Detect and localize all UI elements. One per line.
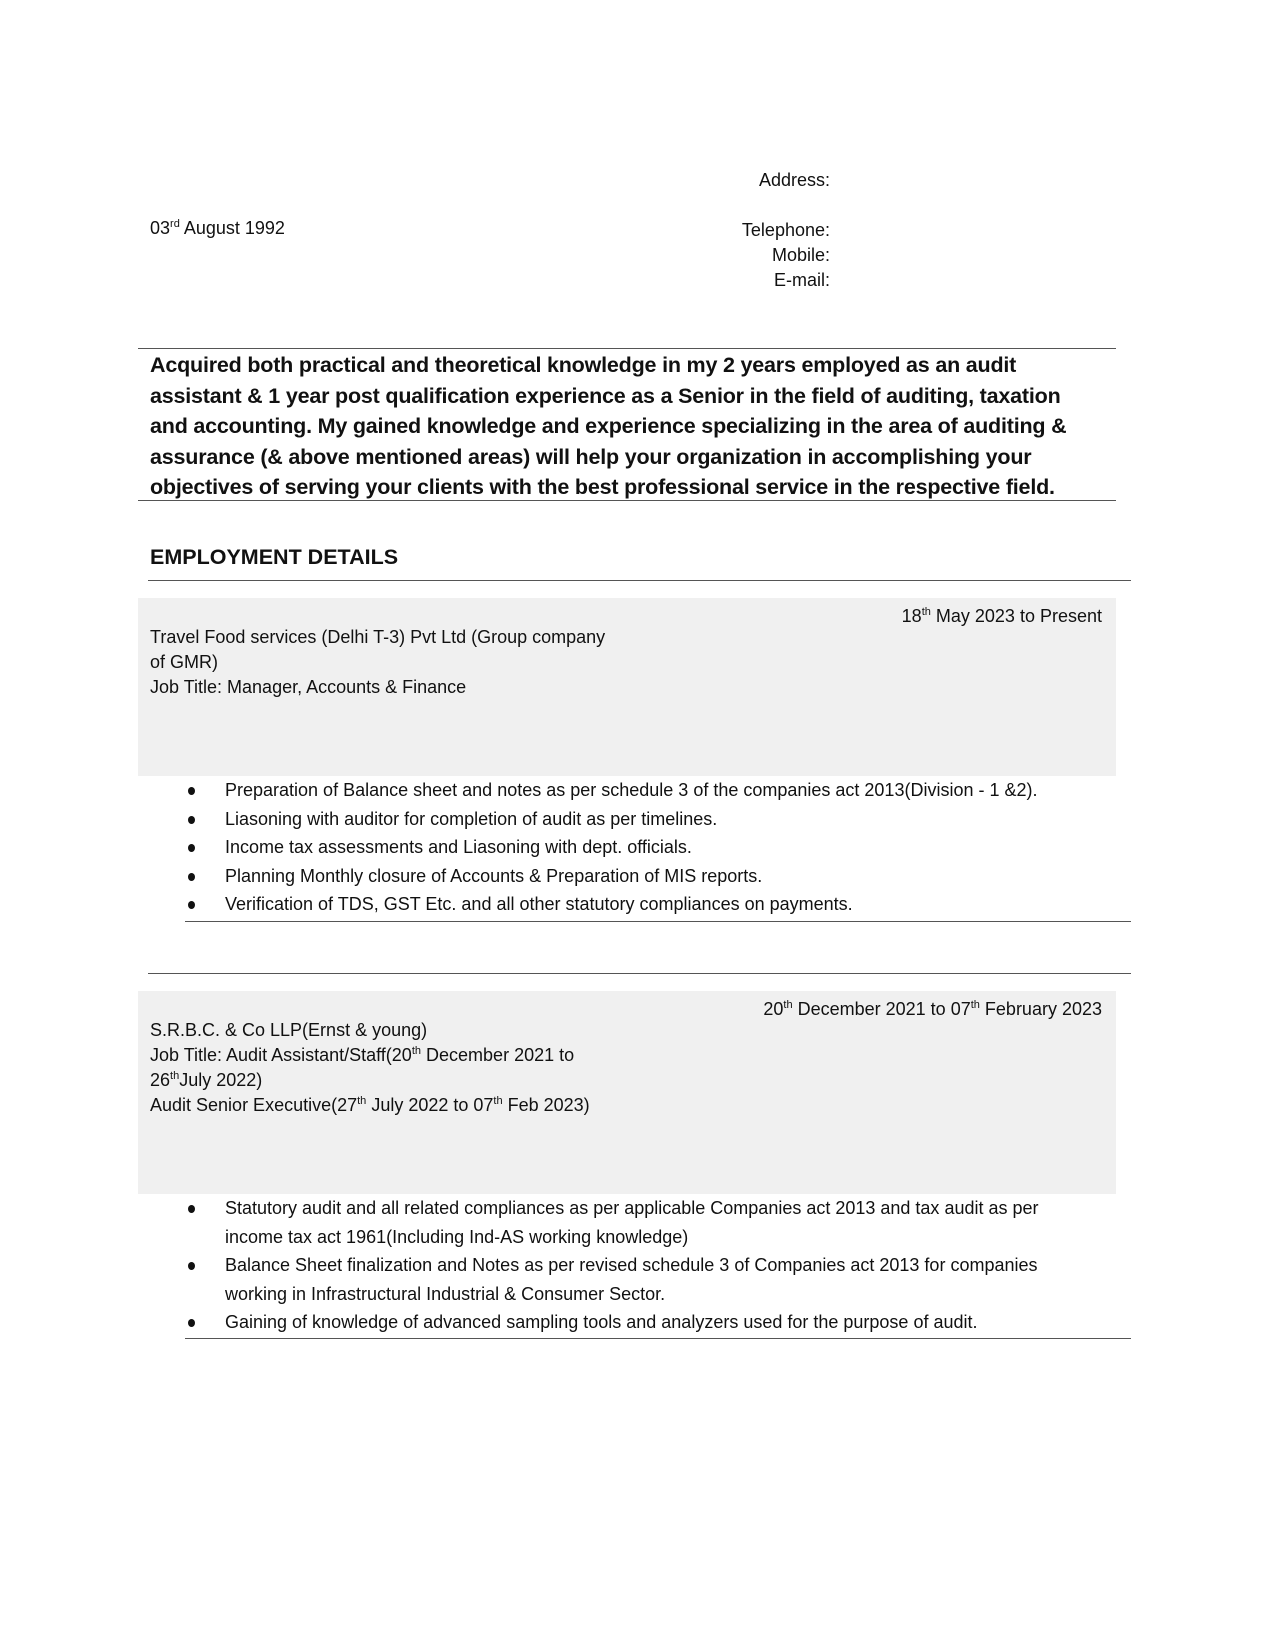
- job-card-1: 18th May 2023 to Present Travel Food ser…: [138, 598, 1116, 776]
- job-period: 18th May 2023 to Present: [902, 606, 1102, 627]
- job-title-secondary: Audit Senior Executive(27th July 2022 to…: [150, 1093, 590, 1118]
- job-title-cont: 26thJuly 2022): [150, 1068, 590, 1093]
- section-title-rule: [148, 580, 1131, 581]
- bullet-icon: [188, 787, 195, 795]
- bullet-icon: [188, 901, 195, 909]
- company-name: S.R.B.C. & Co LLP(Ernst & young): [150, 1018, 590, 1043]
- bullet-icon: [188, 873, 195, 881]
- bullet-icon: [188, 1205, 195, 1213]
- company-name-cont: of GMR): [150, 650, 605, 675]
- list-item: Gaining of knowledge of advanced samplin…: [186, 1308, 1086, 1337]
- job-1-responsibilities: Preparation of Balance sheet and notes a…: [186, 776, 1086, 919]
- list-item: Balance Sheet finalization and Notes as …: [186, 1251, 1086, 1308]
- job-title: Job Title: Audit Assistant/Staff(20th De…: [150, 1043, 590, 1068]
- list-item: Planning Monthly closure of Accounts & P…: [186, 862, 1086, 891]
- bullet-icon: [188, 816, 195, 824]
- job-1-bottom-rule: [185, 921, 1131, 922]
- bullet-icon: [188, 1262, 195, 1270]
- job-separator-rule: [148, 973, 1131, 974]
- contact-labels: Address: Telephone: Mobile: E-mail:: [640, 168, 830, 293]
- summary-bottom-rule: [138, 500, 1116, 501]
- telephone-label: Telephone:: [640, 218, 830, 243]
- bullet-icon: [188, 1319, 195, 1327]
- job-2-bottom-rule: [185, 1338, 1131, 1339]
- list-item: Liasoning with auditor for completion of…: [186, 805, 1086, 834]
- company-name: Travel Food services (Delhi T-3) Pvt Ltd…: [150, 625, 605, 650]
- mobile-label: Mobile:: [640, 243, 830, 268]
- summary-top-rule: [138, 348, 1116, 349]
- job-card-2: 20th December 2021 to 07th February 2023…: [138, 991, 1116, 1194]
- email-label: E-mail:: [640, 268, 830, 293]
- list-item: Statutory audit and all related complian…: [186, 1194, 1086, 1251]
- address-label: Address:: [640, 168, 830, 193]
- bullet-icon: [188, 844, 195, 852]
- job-title: Job Title: Manager, Accounts & Finance: [150, 675, 605, 700]
- list-item: Income tax assessments and Liasoning wit…: [186, 833, 1086, 862]
- job-2-responsibilities: Statutory audit and all related complian…: [186, 1194, 1086, 1337]
- job-details: S.R.B.C. & Co LLP(Ernst & young) Job Tit…: [150, 1018, 590, 1118]
- job-details: Travel Food services (Delhi T-3) Pvt Ltd…: [150, 625, 605, 700]
- list-item: Verification of TDS, GST Etc. and all ot…: [186, 890, 1086, 919]
- section-title-employment: EMPLOYMENT DETAILS: [150, 545, 398, 570]
- list-item: Preparation of Balance sheet and notes a…: [186, 776, 1086, 805]
- job-period: 20th December 2021 to 07th February 2023: [763, 999, 1102, 1020]
- date-of-birth: 03rd August 1992: [150, 216, 285, 240]
- professional-summary: Acquired both practical and theoretical …: [150, 350, 1100, 503]
